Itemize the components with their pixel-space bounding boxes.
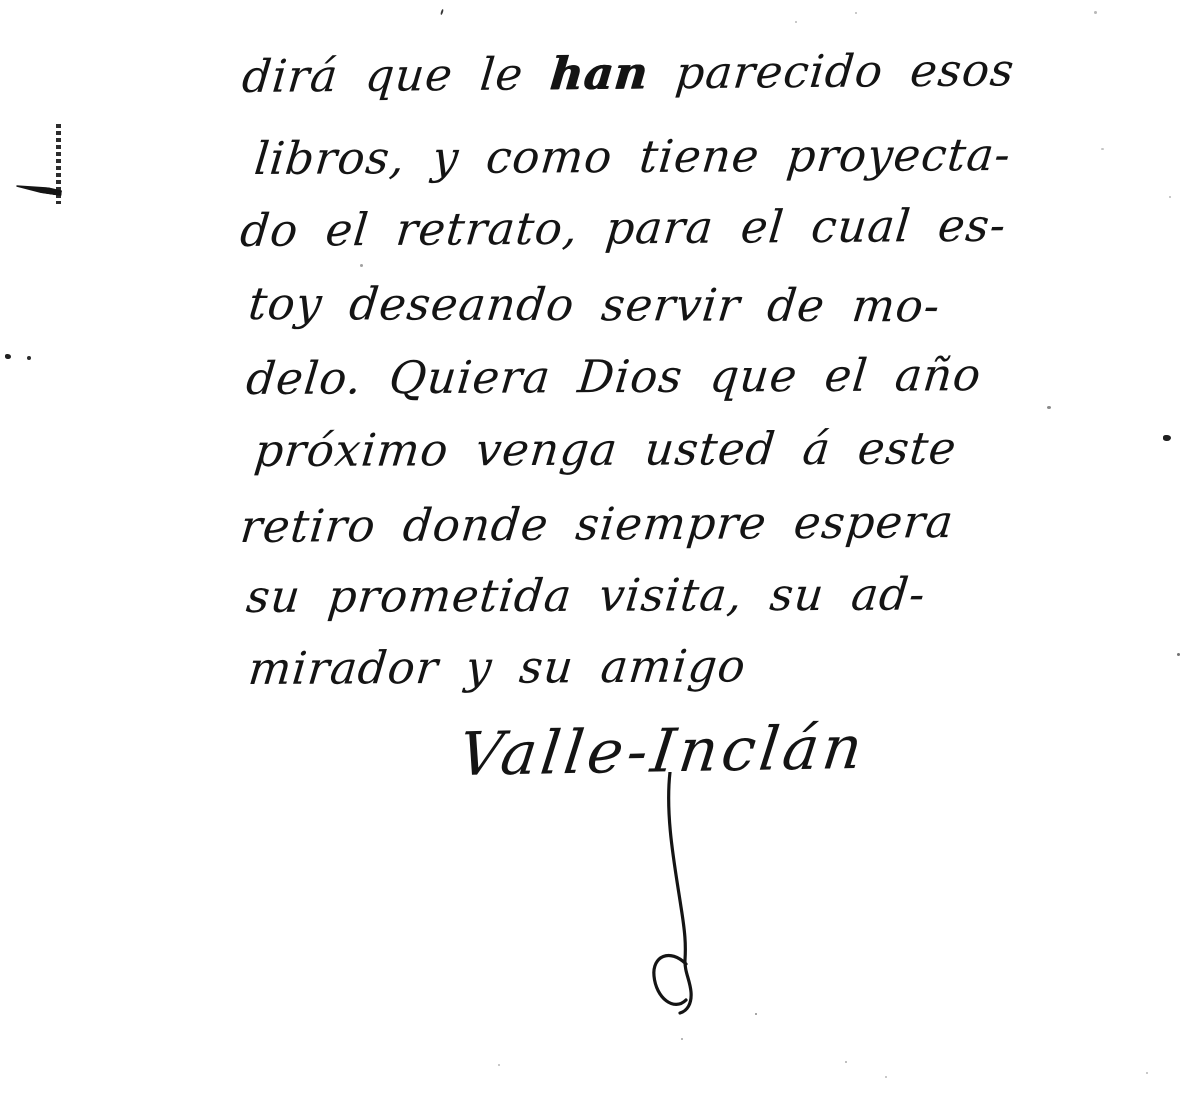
line-text: mirador y su amigo (246, 639, 749, 695)
line-text: do el retrato, para el cual es- (238, 199, 1009, 257)
ink-speck (5, 354, 11, 359)
letter-line: libros, y como tiene proyecta- (252, 128, 1013, 185)
line-text: parecido esos (646, 43, 1017, 99)
line-text-blotted: han (548, 46, 651, 100)
letter-line: mirador y su amigo (246, 639, 749, 695)
line-text: toy deseando servir de mo- (246, 277, 943, 332)
letter-line: toy deseando servir de mo- (246, 277, 943, 332)
ink-speck (845, 1061, 847, 1063)
ink-speck (755, 1013, 757, 1015)
ink-speck (1163, 435, 1171, 441)
ink-speck (1146, 1072, 1148, 1074)
ink-speck (1101, 148, 1104, 150)
letter-line: retiro donde siempre espera (238, 495, 956, 553)
ink-speck (27, 356, 31, 360)
line-text: libros, y como tiene proyecta- (252, 128, 1013, 185)
ink-speck (885, 1076, 887, 1078)
ink-speck (1177, 653, 1180, 656)
letter-line: dirá que le han parecido esos (240, 43, 1017, 103)
ink-speck (1047, 406, 1051, 409)
ink-speck (681, 1038, 683, 1040)
signature-flourish-stroke (630, 772, 720, 1017)
line-text: retiro donde siempre espera (238, 495, 956, 553)
line-text: su prometida visita, su ad- (244, 568, 928, 623)
line-text: delo. Quiera Dios que el año (244, 348, 984, 405)
ink-speck (360, 264, 363, 267)
ink-speck (1094, 11, 1097, 14)
letter-line: delo. Quiera Dios que el año (244, 348, 984, 405)
line-text: dirá que le (240, 47, 553, 103)
ink-speck (440, 9, 444, 15)
line-text: próximo venga usted á este (252, 422, 959, 477)
letter-line: su prometida visita, su ad- (244, 568, 928, 623)
letter-line: próximo venga usted á este (252, 422, 959, 477)
ink-speck (1169, 196, 1171, 198)
ink-speck (855, 12, 857, 14)
letter-line: do el retrato, para el cual es- (238, 199, 1009, 257)
ink-speck (498, 1064, 500, 1066)
ink-speck (795, 21, 797, 23)
letter-page: dirá que le han parecido esos libros, y … (0, 0, 1200, 1105)
